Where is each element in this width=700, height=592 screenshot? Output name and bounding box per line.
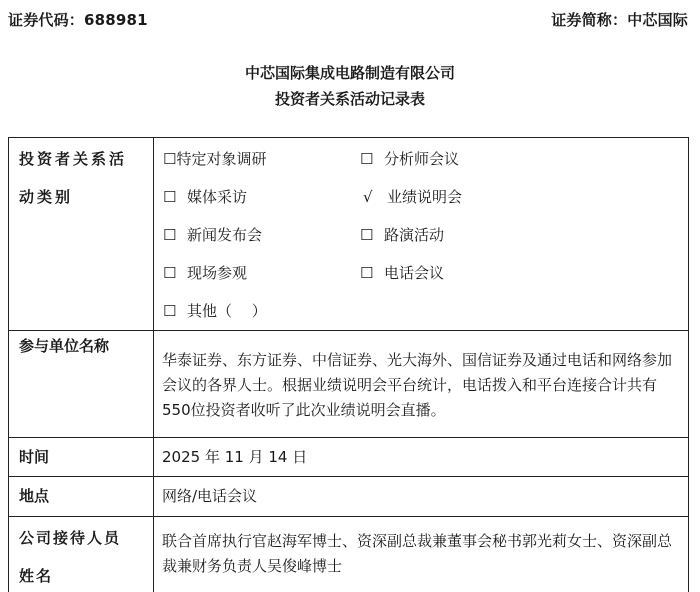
- checkbox-icon[interactable]: ☐: [163, 263, 187, 283]
- option-roadshow[interactable]: ☐路演活动: [360, 225, 444, 245]
- checkbox-icon[interactable]: ☐: [163, 225, 187, 245]
- row-participants: 参与单位名称 华泰证券、东方证券、中信证券、光大海外、国信证券及通过电话和网络参…: [9, 330, 689, 437]
- option-site-visit[interactable]: ☐现场参观: [163, 263, 247, 283]
- label-line: 动类别: [19, 178, 153, 216]
- label-time: 时间: [9, 437, 154, 477]
- row-company-staff: 公司接待人员 姓名 联合首席执行官赵海军博士、资深副总裁兼董事会秘书郭光莉女士、…: [9, 516, 689, 592]
- label-company-staff: 公司接待人员 姓名: [9, 516, 154, 592]
- participants-text: 华泰证券、东方证券、中信证券、光大海外、国信证券及通过电话和网络参加会议的各界人…: [154, 331, 688, 423]
- option-label: 特定对象调研: [176, 150, 266, 168]
- option-label: 电话会议: [384, 264, 444, 282]
- label-activity-type: 投资者关系活 动类别: [9, 138, 154, 331]
- label-line: 姓名: [19, 557, 153, 592]
- location-text: 网络/电话会议: [154, 477, 688, 515]
- company-staff-value: 联合首席执行官赵海军博士、资深副总裁兼董事会秘书郭光莉女士、资深副总裁兼财务负责…: [154, 516, 689, 592]
- stock-abbreviation: 证券简称：中芯国际: [551, 9, 688, 30]
- option-label: 业绩说明会: [387, 188, 462, 206]
- stock-code: 证券代码：688981: [8, 9, 148, 30]
- option-conference-call[interactable]: ☐电话会议: [360, 263, 444, 283]
- label-line: 投资者关系活: [19, 140, 153, 178]
- option-label: 其他（ ）: [187, 302, 267, 320]
- location-value: 网络/电话会议: [154, 477, 689, 517]
- participants-value: 华泰证券、东方证券、中信证券、光大海外、国信证券及通过电话和网络参加会议的各界人…: [154, 330, 689, 437]
- option-label: 分析师会议: [384, 150, 459, 168]
- label-location: 地点: [9, 477, 154, 517]
- activity-record-table: 投资者关系活 动类别 ☐特定对象调研 ☐分析师会议 ☐媒体采访 √业绩说明会: [8, 137, 689, 592]
- checkbox-icon[interactable]: ☐: [360, 263, 384, 283]
- option-press-conference[interactable]: ☐新闻发布会: [163, 225, 262, 245]
- option-label: 媒体采访: [187, 188, 247, 206]
- option-label: 路演活动: [384, 226, 444, 244]
- option-other[interactable]: ☐其他（ ）: [163, 301, 267, 321]
- time-value: 2025 年 11 月 14 日: [154, 437, 689, 477]
- document-title: 投资者关系活动记录表: [0, 88, 700, 109]
- row-location: 地点 网络/电话会议: [9, 477, 689, 517]
- checkbox-icon[interactable]: ☐: [163, 187, 187, 207]
- row-time: 时间 2025 年 11 月 14 日: [9, 437, 689, 477]
- label-line: 公司接待人员: [19, 519, 153, 557]
- option-media-interview[interactable]: ☐媒体采访: [163, 187, 247, 207]
- checkbox-icon[interactable]: ☐: [360, 225, 384, 245]
- option-analyst-meeting[interactable]: ☐分析师会议: [360, 149, 459, 169]
- checkbox-icon[interactable]: ☐: [163, 150, 176, 168]
- option-label: 新闻发布会: [187, 226, 262, 244]
- company-name: 中芯国际集成电路制造有限公司: [0, 62, 700, 83]
- checkbox-icon[interactable]: ☐: [360, 149, 384, 169]
- option-earnings-call[interactable]: √业绩说明会: [363, 187, 462, 207]
- time-text: 2025 年 11 月 14 日: [154, 438, 688, 476]
- label-participants: 参与单位名称: [9, 330, 154, 437]
- activity-type-options: ☐特定对象调研 ☐分析师会议 ☐媒体采访 √业绩说明会 ☐新闻发布会 ☐路演活动: [154, 138, 689, 331]
- row-activity-type: 投资者关系活 动类别 ☐特定对象调研 ☐分析师会议 ☐媒体采访 √业绩说明会: [9, 138, 689, 331]
- option-specific-research[interactable]: ☐特定对象调研: [163, 149, 266, 169]
- checkbox-icon[interactable]: ☐: [163, 301, 187, 321]
- company-staff-text: 联合首席执行官赵海军博士、资深副总裁兼董事会秘书郭光莉女士、资深副总裁兼财务负责…: [154, 517, 688, 579]
- option-label: 现场参观: [187, 264, 247, 282]
- checked-mark-icon[interactable]: √: [363, 187, 387, 207]
